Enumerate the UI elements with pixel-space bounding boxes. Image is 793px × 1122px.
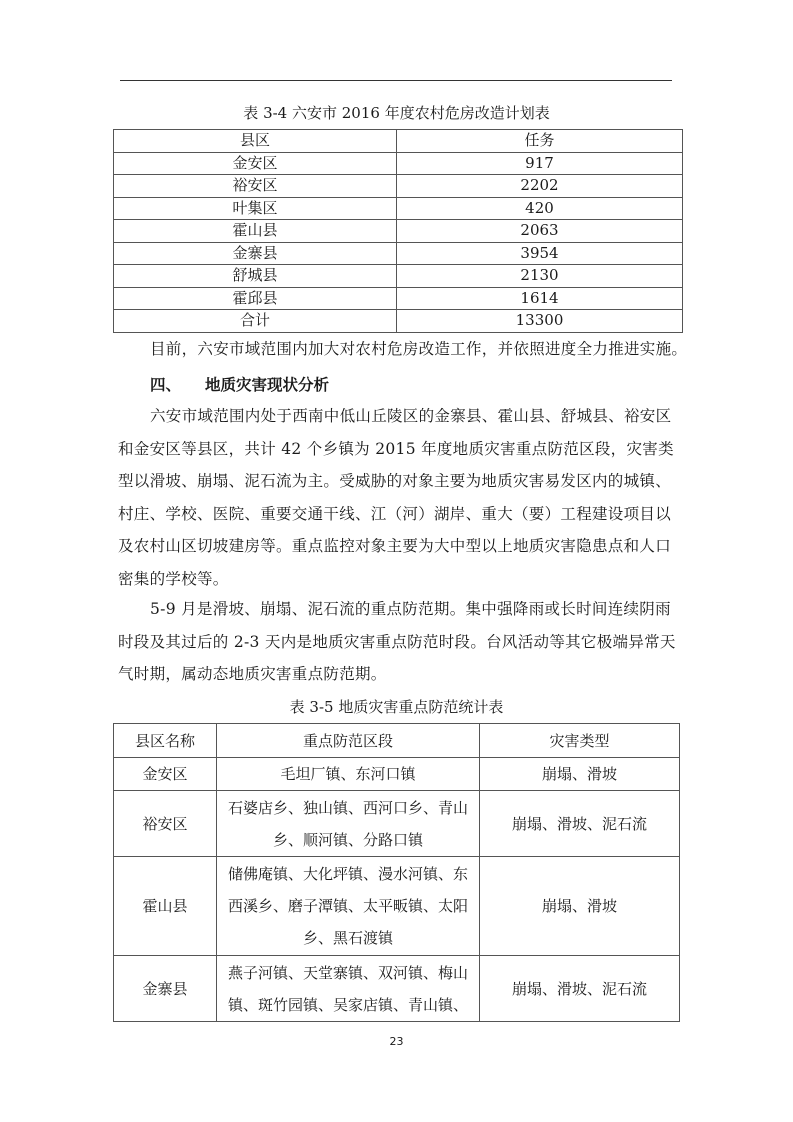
table-row: 霍邱县1614 — [114, 287, 683, 310]
hazard-cell: 崩塌、滑坡、泥石流 — [480, 956, 680, 1022]
rural-housing-table: 县区 任务 金安区917 裕安区2202 叶集区420 霍山县2063 金寨县3… — [113, 129, 683, 333]
header-county-name: 县区名称 — [114, 724, 217, 758]
table-row: 金寨县 燕子河镇、天堂寨镇、双河镇、梅山镇、斑竹园镇、吴家店镇、青山镇、 崩塌、… — [114, 956, 680, 1022]
paragraph-hazard-overview-text: 六安市域范围内处于西南中低山丘陵区的金寨县、霍山县、舒城县、裕安区和金安区等县区… — [118, 407, 674, 588]
county-cell: 裕安区 — [114, 791, 217, 857]
table-header-row: 县区名称 重点防范区段 灾害类型 — [114, 724, 680, 758]
header-rule — [120, 80, 672, 81]
header-hazard-type: 灾害类型 — [480, 724, 680, 758]
table-total-row: 合计13300 — [114, 310, 683, 333]
paragraph-hazard-overview: 六安市域范围内处于西南中低山丘陵区的金寨县、霍山县、舒城县、裕安区和金安区等县区… — [118, 400, 678, 595]
zones-cell: 石婆店乡、独山镇、西河口乡、青山乡、顺河镇、分路口镇 — [217, 791, 480, 857]
county-cell: 霍山县 — [114, 220, 397, 243]
table-header-row: 县区 任务 — [114, 130, 683, 153]
task-cell: 3954 — [397, 242, 683, 265]
table-row: 金安区917 — [114, 152, 683, 175]
county-cell: 金安区 — [114, 152, 397, 175]
task-cell: 1614 — [397, 287, 683, 310]
zones-cell: 燕子河镇、天堂寨镇、双河镇、梅山镇、斑竹园镇、吴家店镇、青山镇、 — [217, 956, 480, 1022]
section-heading: 四、地质灾害现状分析 — [150, 373, 329, 395]
page-number: 23 — [0, 1035, 793, 1048]
total-label-cell: 合计 — [114, 310, 397, 333]
county-cell: 金安区 — [114, 758, 217, 791]
county-cell: 裕安区 — [114, 175, 397, 198]
paragraph-progress: 目前，六安市域范围内加大对农村危房改造工作，并依照进度全力推进实施。 — [150, 333, 690, 366]
zones-cell: 储佛庵镇、大化坪镇、漫水河镇、东西溪乡、磨子潭镇、太平畈镇、太阳乡、黑石渡镇 — [217, 857, 480, 956]
table-row: 金寨县3954 — [114, 242, 683, 265]
section-number: 四、 — [150, 373, 205, 395]
table-row: 霍山县2063 — [114, 220, 683, 243]
county-cell: 金寨县 — [114, 956, 217, 1022]
task-cell: 2202 — [397, 175, 683, 198]
county-cell: 霍邱县 — [114, 287, 397, 310]
table-3-4-caption: 表 3-4 六安市 2016 年度农村危房改造计划表 — [0, 103, 793, 123]
paragraph-prevention-period: 5-9 月是滑坡、崩塌、泥石流的重点防范期。集中强降雨或长时间连续阴雨时段及其过… — [118, 593, 678, 691]
task-cell: 2130 — [397, 265, 683, 288]
paragraph-prevention-period-text: 5-9 月是滑坡、崩塌、泥石流的重点防范期。集中强降雨或长时间连续阴雨时段及其过… — [118, 600, 676, 683]
hazard-cell: 崩塌、滑坡 — [480, 758, 680, 791]
hazard-cell: 崩塌、滑坡、泥石流 — [480, 791, 680, 857]
header-task: 任务 — [397, 130, 683, 153]
task-cell: 2063 — [397, 220, 683, 243]
table-row: 金安区 毛坦厂镇、东河口镇 崩塌、滑坡 — [114, 758, 680, 791]
hazard-cell: 崩塌、滑坡 — [480, 857, 680, 956]
county-cell: 叶集区 — [114, 197, 397, 220]
task-cell: 917 — [397, 152, 683, 175]
county-cell: 霍山县 — [114, 857, 217, 956]
table-row: 舒城县2130 — [114, 265, 683, 288]
total-value-cell: 13300 — [397, 310, 683, 333]
county-cell: 舒城县 — [114, 265, 397, 288]
table-row: 裕安区2202 — [114, 175, 683, 198]
county-cell: 金寨县 — [114, 242, 397, 265]
table-row: 叶集区420 — [114, 197, 683, 220]
section-title: 地质灾害现状分析 — [205, 376, 329, 394]
header-key-zones: 重点防范区段 — [217, 724, 480, 758]
header-county: 县区 — [114, 130, 397, 153]
table-3-5-caption: 表 3-5 地质灾害重点防范统计表 — [0, 697, 793, 717]
zones-cell: 毛坦厂镇、东河口镇 — [217, 758, 480, 791]
geohazard-prevention-table: 县区名称 重点防范区段 灾害类型 金安区 毛坦厂镇、东河口镇 崩塌、滑坡 裕安区… — [113, 723, 680, 1022]
table-row: 裕安区 石婆店乡、独山镇、西河口乡、青山乡、顺河镇、分路口镇 崩塌、滑坡、泥石流 — [114, 791, 680, 857]
table-row: 霍山县 储佛庵镇、大化坪镇、漫水河镇、东西溪乡、磨子潭镇、太平畈镇、太阳乡、黑石… — [114, 857, 680, 956]
task-cell: 420 — [397, 197, 683, 220]
